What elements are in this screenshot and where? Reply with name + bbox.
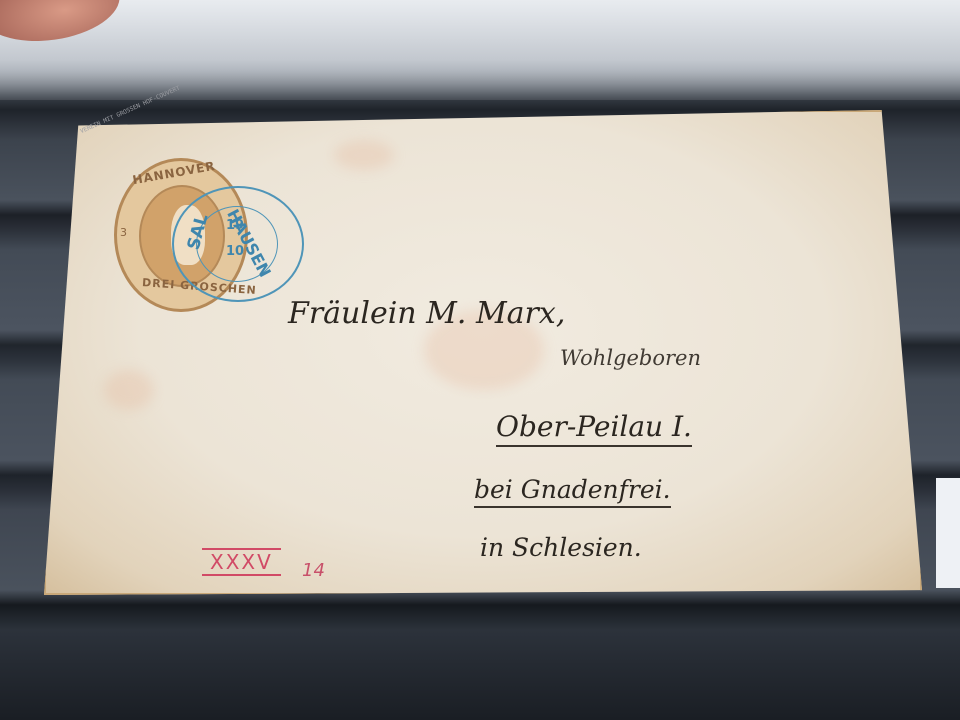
address-line-3: Ober-Peilau I. bbox=[496, 410, 692, 447]
foxing-stain bbox=[334, 140, 394, 170]
plastic-sleeve bbox=[0, 0, 960, 100]
address-line-2: Wohlgeboren bbox=[560, 346, 701, 370]
postmark-month: 10 bbox=[226, 244, 244, 259]
stamp-numeral: 3 bbox=[120, 226, 127, 239]
white-card-edge bbox=[936, 478, 960, 588]
pencil-number: 14 bbox=[302, 560, 325, 581]
address-line-1: Fräulein M. Marx, bbox=[288, 296, 565, 331]
postmark-day: 19 bbox=[226, 218, 244, 233]
foxing-stain bbox=[104, 370, 154, 410]
address-line-4: bei Gnadenfrei. bbox=[474, 475, 671, 508]
address-line-5: in Schlesien. bbox=[480, 533, 642, 562]
pencil-roman-numeral: XXXV bbox=[202, 548, 281, 576]
